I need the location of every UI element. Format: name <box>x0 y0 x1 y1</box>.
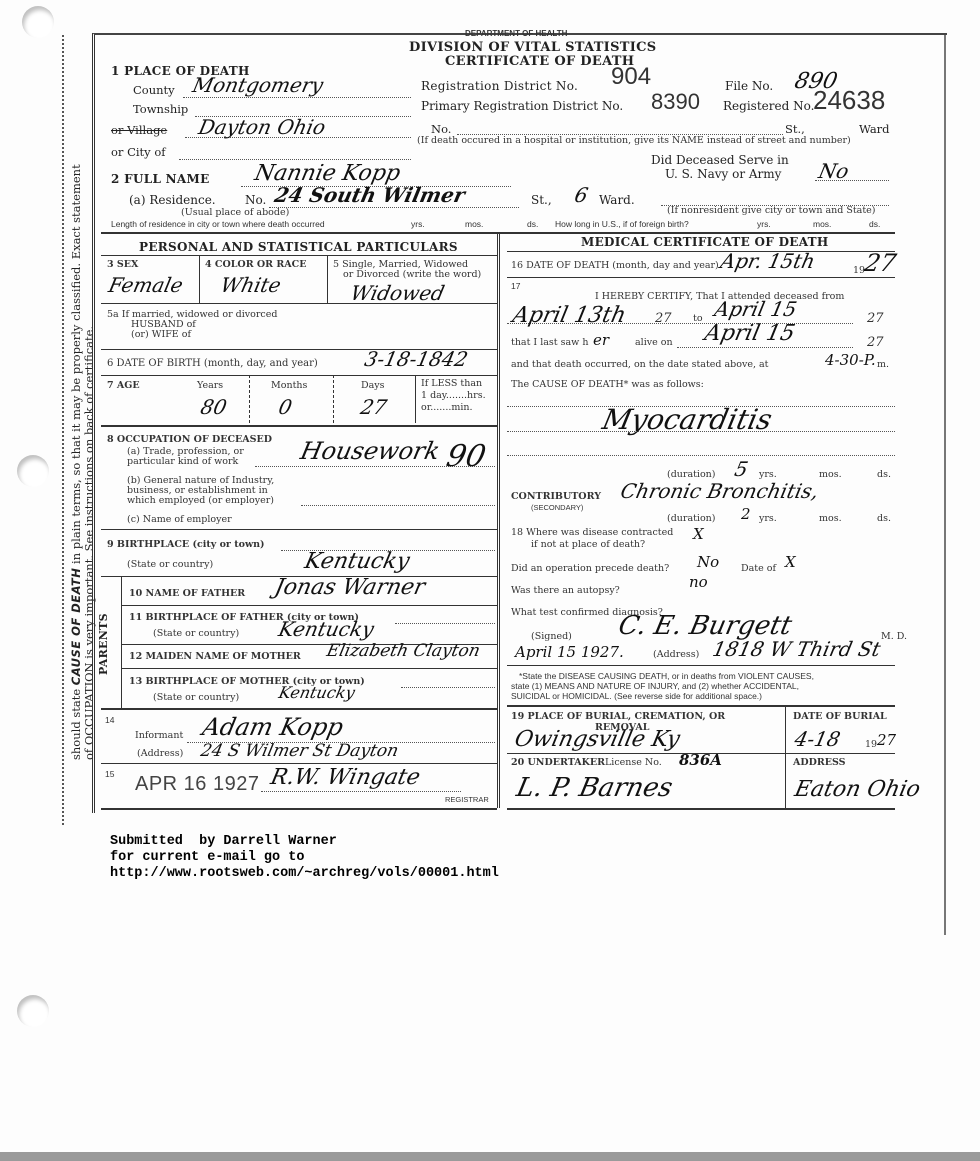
village-label: or Village <box>111 123 167 137</box>
department-label: DEPARTMENT OF HEALTH <box>465 29 567 38</box>
attended-to-value: April 15 <box>712 297 799 321</box>
age-label: 7 AGE <box>107 380 140 391</box>
occ-a-label-2: particular kind of work <box>127 456 238 467</box>
foreign-birth-label: How long in U.S., if of foreign birth? <box>555 219 689 229</box>
informant-number: 14 <box>105 715 114 725</box>
father-birthplace-value: Kentucky <box>276 617 376 641</box>
mother-birthplace-value: Kentucky <box>277 683 357 702</box>
undertaker-address-label: ADDRESS <box>793 757 846 768</box>
undertaker-label: 20 UNDERTAKER <box>511 757 605 768</box>
residence-no-label: No. <box>245 193 266 207</box>
autopsy-label: Was there an autopsy? <box>511 585 620 596</box>
dod-label: 16 DATE OF DEATH (month, day and year) <box>511 260 719 271</box>
burial-place-value: Owingsville Ky <box>512 727 682 752</box>
length-of-residence-label: Length of residence in city or town wher… <box>111 219 325 229</box>
registrar-label: REGISTRAR <box>445 795 489 804</box>
reg-district-value: 904 <box>611 63 651 91</box>
item-17-number: 17 <box>511 281 520 291</box>
operation-value: No <box>697 553 719 571</box>
days-label: Days <box>361 380 385 391</box>
file-no-label: File No. <box>725 79 773 93</box>
residence-label: (a) Residence. <box>129 193 216 207</box>
informant-address-value: 24 S Wilmer St Dayton <box>199 741 400 761</box>
signed-label: (Signed) <box>531 631 572 642</box>
signed-date-value: April 15 1927. <box>515 643 624 661</box>
burial-place-label-1: 19 PLACE OF BURIAL, CREMATION, OR <box>511 711 725 722</box>
sex-label: 3 SEX <box>107 259 138 270</box>
mother-name-label: 12 MAIDEN NAME OF MOTHER <box>129 651 301 662</box>
last-saw-pronoun: er <box>593 331 609 349</box>
last-saw-label: that I last saw h <box>511 337 588 348</box>
license-label: License No. <box>605 757 662 768</box>
source-url[interactable]: http://www.rootsweb.com/~archreg/vols/00… <box>110 866 499 882</box>
attended-from-value: April 13th <box>510 303 628 328</box>
primary-reg-value: 8390 <box>651 89 700 115</box>
village-value: Dayton Ohio <box>196 115 327 139</box>
nonresident-note: (If nonresident give city or town and St… <box>667 205 876 216</box>
navy-label-1: Did Deceased Serve in <box>651 153 789 167</box>
undertaker-value: L. P. Barnes <box>514 773 675 803</box>
last-saw-alive-value: April 15 <box>702 321 797 346</box>
footnote-1: *State the DISEASE CAUSING DEATH, or in … <box>519 671 814 681</box>
spouse-label-3: (or) WIFE of <box>131 329 191 340</box>
contracted-value: X <box>693 525 704 543</box>
mother-name-value: Elizabeth Clayton <box>325 641 482 661</box>
color-race-value: White <box>218 273 283 297</box>
dob-label: 6 DATE OF BIRTH (month, day, and year) <box>107 358 318 369</box>
punch-hole-top <box>22 6 54 38</box>
registered-no-value: 24638 <box>813 85 885 116</box>
death-certificate: DEPARTMENT OF HEALTH DIVISION OF VITAL S… <box>92 33 947 813</box>
registered-no-label: Registered No. <box>723 99 814 113</box>
navy-value: No <box>816 159 851 183</box>
physician-address-value: 1818 W Third St <box>710 637 882 661</box>
hospital-note: (If death occured in a hospital or insti… <box>417 135 851 146</box>
secondary-label: (SECONDARY) <box>531 503 583 512</box>
occupation-label: 8 OCCUPATION OF DECEASED <box>107 434 272 445</box>
contracted-label-1: 18 Where was disease contracted <box>511 527 673 538</box>
operation-label: Did an operation precede death? <box>511 563 669 574</box>
birthplace-state-label: (State or country) <box>127 559 213 570</box>
occ-b-label-3: which employed (or employer) <box>127 495 274 506</box>
marital-value: Widowed <box>348 281 446 305</box>
death-time-value: 4-30-P. <box>825 351 876 369</box>
autopsy-value: no <box>689 573 708 591</box>
burial-date-label: DATE OF BURIAL <box>793 711 887 722</box>
parents-label: PARENTS <box>97 613 110 675</box>
contributory-duration-value: 2 <box>741 505 751 523</box>
ward-value: 6 <box>572 183 590 207</box>
cause-duration-value: 5 <box>732 457 750 481</box>
scan-bottom-edge <box>0 1152 980 1161</box>
sex-value: Female <box>106 273 185 297</box>
street-st-label: St., <box>785 122 805 136</box>
occupation-mark: 90 <box>443 439 489 474</box>
operation-date-value: X <box>785 553 796 571</box>
residence-value: 24 South Wilmer <box>272 183 467 207</box>
reg-district-label: Registration District No. <box>421 79 578 93</box>
navy-label-2: U. S. Navy or Army <box>665 167 781 181</box>
division-title: DIVISION OF VITAL STATISTICS <box>409 40 656 55</box>
age-days-value: 27 <box>358 395 389 419</box>
cause-label: The CAUSE OF DEATH* was as follows: <box>511 379 704 390</box>
burial-date-value: 4-18 <box>792 727 842 751</box>
less-than-label-1: If LESS than <box>421 378 482 389</box>
city-label: or City of <box>111 145 166 159</box>
scan-left-edge <box>62 35 65 825</box>
footnote-2: state (1) MEANS AND NATURE OF INJURY, an… <box>511 681 799 691</box>
footnote-3: SUICIDAL or HOMICIDAL. (See reverse side… <box>511 691 762 701</box>
punch-hole-middle <box>17 455 49 487</box>
submitted-by: Submitted by Darrell Warner <box>110 834 499 850</box>
father-name-label: 10 NAME OF FATHER <box>129 588 245 599</box>
age-years-value: 80 <box>198 395 229 419</box>
county-value: Montgomery <box>190 73 325 97</box>
personal-section-title: PERSONAL AND STATISTICAL PARTICULARS <box>139 240 458 254</box>
certificate-title: CERTIFICATE OF DEATH <box>445 54 634 69</box>
primary-reg-label: Primary Registration District No. <box>421 99 623 113</box>
father-name-value: Jonas Warner <box>272 575 427 600</box>
street-no-label: No. <box>431 122 451 136</box>
less-than-label-3: or.......min. <box>421 402 473 413</box>
occurred-label: and that death occurred, on the date sta… <box>511 359 768 370</box>
contributory-label: CONTRIBUTORY <box>511 491 601 502</box>
occ-c-label: (c) Name of employer <box>127 514 232 525</box>
ward-label: Ward. <box>599 193 635 207</box>
mother-birthplace-state-label: (State or country) <box>153 692 239 703</box>
abode-note: (Usual place of abode) <box>181 207 289 218</box>
less-than-label-2: 1 day.......hrs. <box>421 390 486 401</box>
color-race-label: 4 COLOR OR RACE <box>205 259 306 270</box>
informant-value: Adam Kopp <box>200 713 346 741</box>
contributory-value: Chronic Bronchitis, <box>618 479 820 503</box>
months-label: Months <box>271 380 307 391</box>
medical-section-title: MEDICAL CERTIFICATE OF DEATH <box>581 235 829 249</box>
email-note: for current e-mail go to <box>110 850 499 866</box>
informant-label: Informant <box>135 730 183 741</box>
filed-number: 15 <box>105 769 114 779</box>
undertaker-address-value: Eaton Ohio <box>792 777 922 802</box>
burial-year-value: 27 <box>877 731 896 749</box>
county-label: County <box>133 83 175 97</box>
dob-value: 3-18-1842 <box>362 347 470 371</box>
filed-date-stamp: APR 16 1927 <box>135 773 259 796</box>
submission-note: Submitted by Darrell Warner for current … <box>110 834 499 882</box>
street-ward-label: Ward <box>859 122 890 136</box>
age-months-value: 0 <box>276 395 294 419</box>
dod-year: 27 <box>862 249 898 277</box>
contracted-label-2: if not at place of death? <box>531 539 645 550</box>
informant-address-label: (Address) <box>137 748 183 759</box>
years-label: Years <box>197 380 223 391</box>
dod-value: Apr. 15th <box>718 249 817 273</box>
father-birthplace-state-label: (State or country) <box>153 628 239 639</box>
punch-hole-bottom <box>17 995 49 1027</box>
license-value: 836A <box>679 751 722 769</box>
birthplace-label: 9 BIRTHPLACE (city or town) <box>107 539 265 550</box>
township-label: Township <box>133 102 188 116</box>
marital-label-2: or Divorced (write the word) <box>343 269 481 280</box>
occupation-value: Housework <box>298 437 442 465</box>
birthplace-value: Kentucky <box>302 549 411 574</box>
registrar-signature: R.W. Wingate <box>268 765 422 790</box>
residence-st-label: St., <box>531 193 552 207</box>
full-name-label: 2 FULL NAME <box>111 172 210 186</box>
